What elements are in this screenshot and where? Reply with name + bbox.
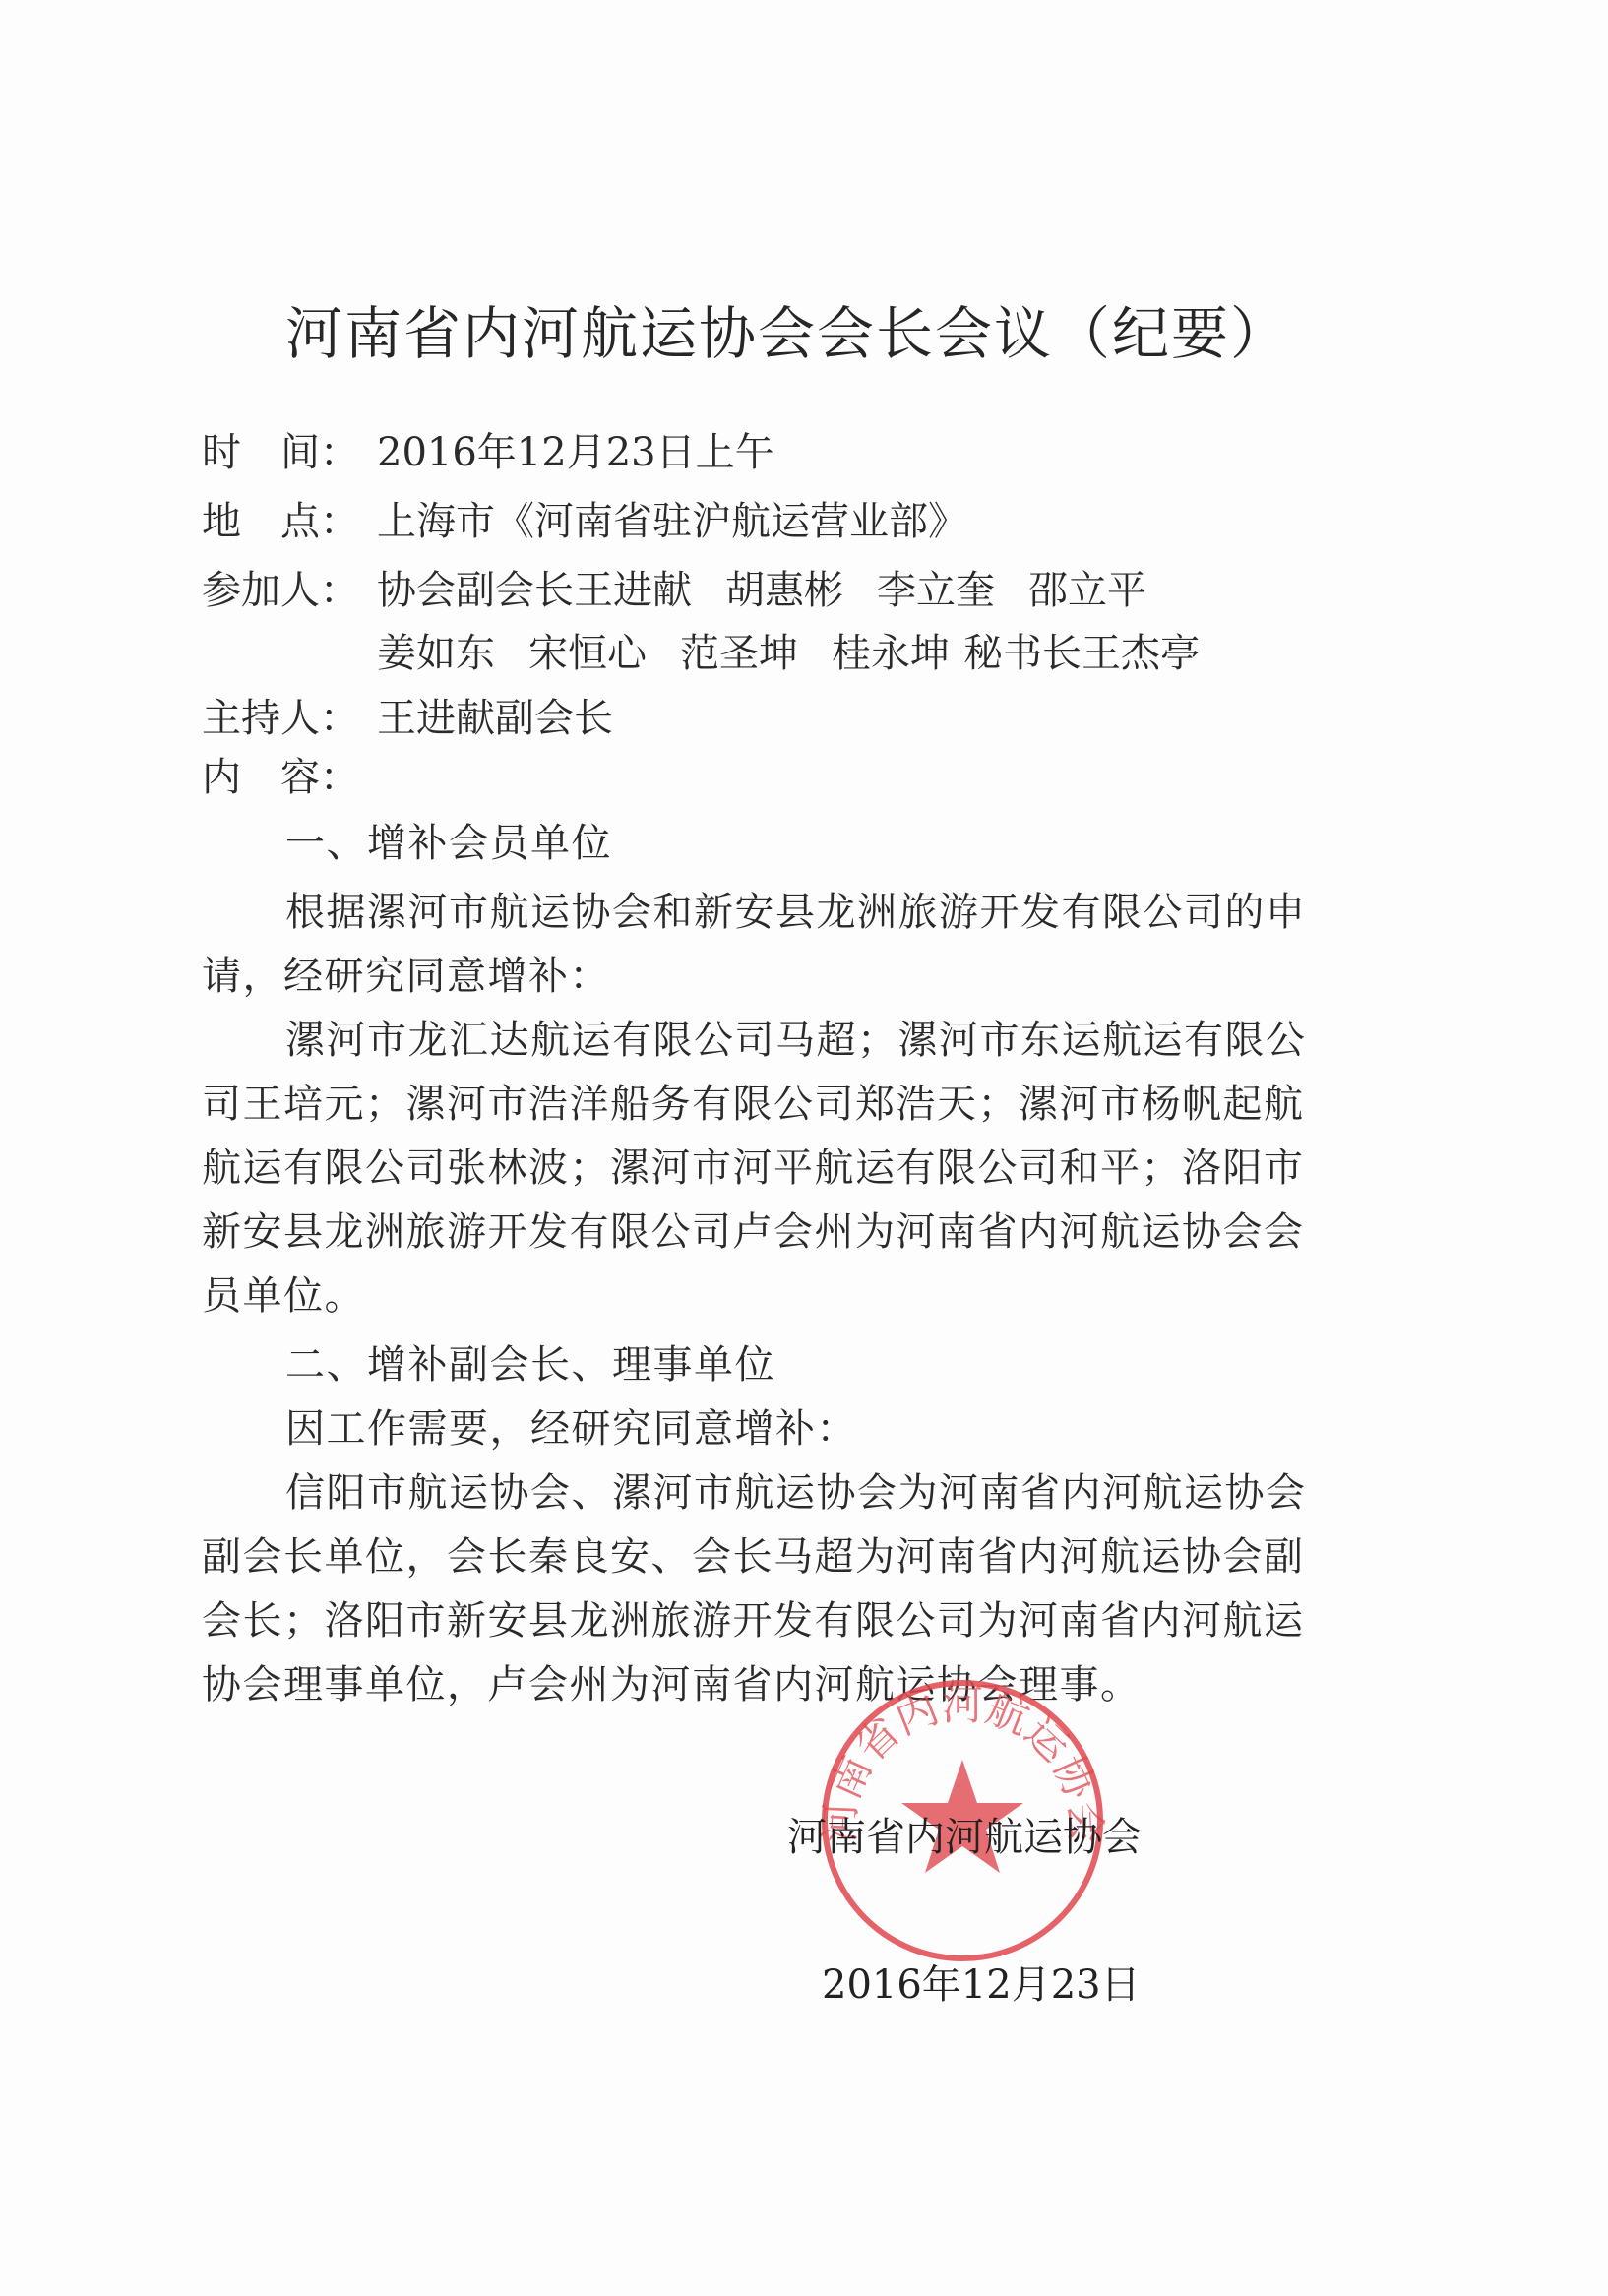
section2-line: 信阳市航运协会、漯河市航运协会为河南省内河航运协会 bbox=[285, 1461, 1437, 1518]
section2-heading: 二、增补副会长、理事单位 bbox=[285, 1334, 1437, 1390]
section1-line: 司王培元；漯河市浩洋船务有限公司郑浩天；漯河市杨帆起航 bbox=[202, 1073, 1353, 1129]
attendee: 姜如东 bbox=[377, 631, 495, 676]
meta-place: 地 点：上海市《河南省驻沪航运营业部》 bbox=[202, 492, 967, 551]
meta-time: 时 间：2016年12月23日上午 bbox=[202, 423, 774, 482]
section1-line: 请，经研究同意增补： bbox=[202, 945, 1353, 1001]
host-label: 主持人： bbox=[202, 689, 377, 748]
signature-org: 河南省内河航运协会 bbox=[787, 1806, 1142, 1862]
attendee: 宋恒心 bbox=[528, 631, 647, 676]
section1-line: 航运有限公司张林波；漯河市河平航运有限公司和平；洛阳市 bbox=[202, 1137, 1353, 1193]
attendee: 桂永坤 bbox=[832, 631, 950, 676]
time-label: 时 间： bbox=[202, 423, 377, 482]
section1-line: 漯河市龙汇达航运有限公司马超；漯河市东运航运有限公 bbox=[285, 1009, 1437, 1065]
attendee: 李立奎 bbox=[877, 568, 995, 613]
attendees-line-2: 姜如东宋恒心范圣坤桂永坤秘书长王杰亭 bbox=[377, 624, 1233, 683]
host-value: 王进献副会长 bbox=[377, 689, 613, 748]
section2-line: 协会理事单位，卢会州为河南省内河航运协会理事。 bbox=[202, 1653, 1353, 1709]
section1-line: 新安县龙洲旅游开发有限公司卢会州为河南省内河航运协会会 bbox=[202, 1201, 1353, 1257]
section2-line: 会长；洛阳市新安县龙洲旅游开发有限公司为河南省内河航运 bbox=[202, 1589, 1353, 1645]
attendee: 协会副会长王进献 bbox=[377, 568, 692, 613]
place-value: 上海市《河南省驻沪航运营业部》 bbox=[377, 492, 967, 551]
meta-host: 主持人：王进献副会长 bbox=[202, 689, 613, 748]
attendees-label: 参加人： bbox=[202, 561, 377, 620]
attendee: 秘书长王杰亭 bbox=[963, 631, 1200, 676]
section1-line: 员单位。 bbox=[202, 1265, 1353, 1321]
document-page: 河南省内河航运协会会长会议（纪要） 时 间：2016年12月23日上午 地 点：… bbox=[0, 0, 1608, 2296]
signature-date: 2016年12月23日 bbox=[822, 1954, 1141, 2010]
place-label: 地 点： bbox=[202, 492, 377, 551]
meta-content: 内 容： bbox=[202, 748, 377, 807]
section1-heading: 一、增补会员单位 bbox=[285, 812, 1437, 868]
document-title: 河南省内河航运协会会长会议（纪要） bbox=[285, 287, 1289, 370]
content-label: 内 容： bbox=[202, 748, 377, 807]
attendee: 胡惠彬 bbox=[725, 568, 843, 613]
section2-line: 因工作需要，经研究同意增补： bbox=[285, 1397, 1437, 1454]
attendee: 范圣坤 bbox=[680, 631, 798, 676]
time-value: 2016年12月23日上午 bbox=[377, 423, 774, 482]
section1-line: 根据漯河市航运协会和新安县龙洲旅游开发有限公司的申 bbox=[285, 881, 1437, 937]
meta-attendees: 参加人： bbox=[202, 561, 377, 620]
attendee: 邵立平 bbox=[1028, 568, 1146, 613]
section2-line: 副会长单位，会长秦良安、会长马超为河南省内河航运协会副 bbox=[202, 1525, 1353, 1582]
attendees-line-1: 协会副会长王进献胡惠彬李立奎邵立平 bbox=[377, 561, 1180, 620]
